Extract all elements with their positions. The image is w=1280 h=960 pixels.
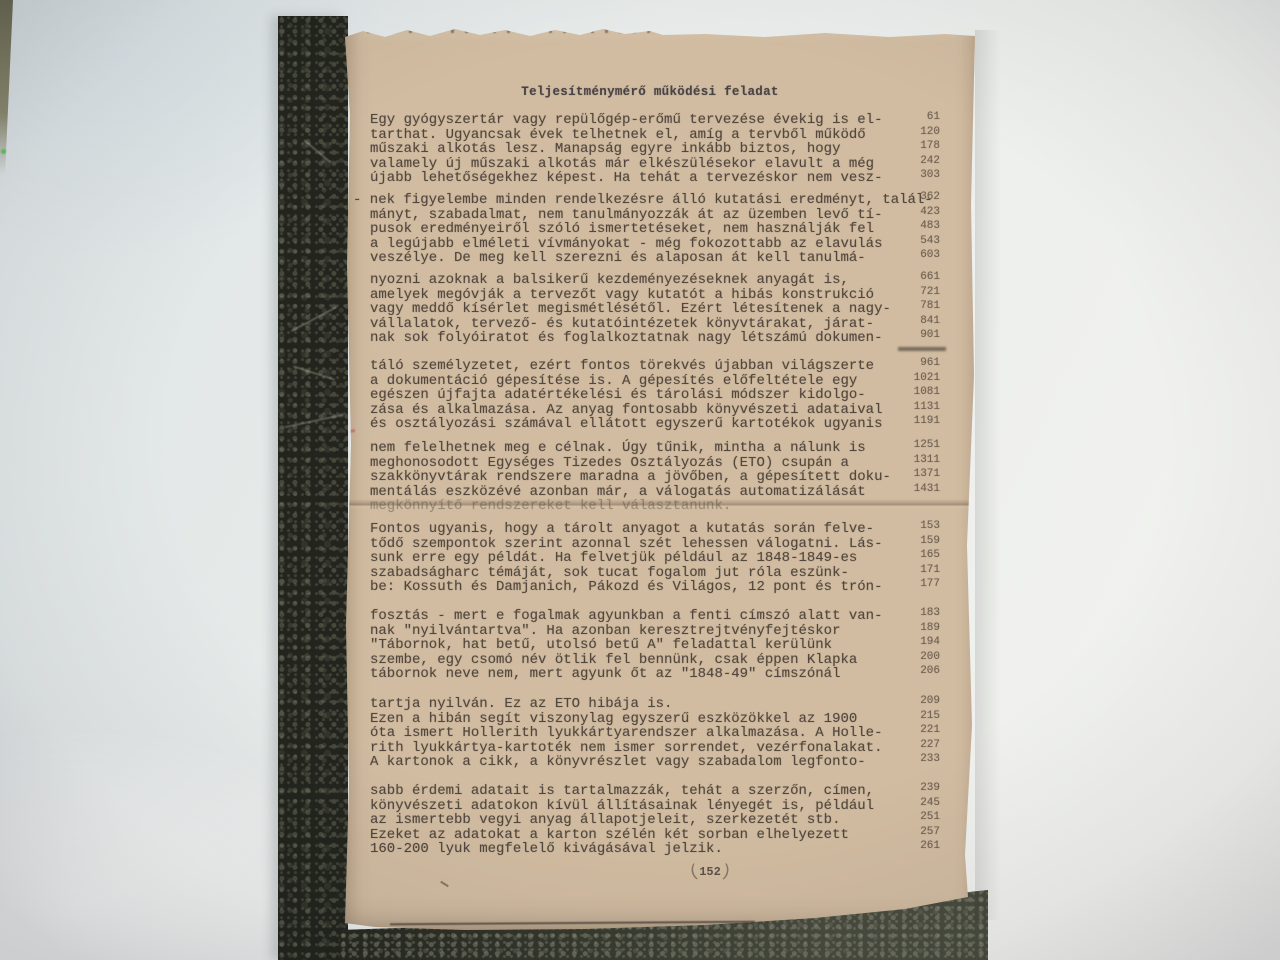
text-line: be: Kossuth és Damjanich, Pákozd és Vilá… (370, 577, 970, 592)
line-text: veszélye. De meg kell szerezni és alapos… (370, 250, 866, 266)
text-line: mentálás eszközévé azonban már, a váloga… (370, 482, 970, 497)
margin-number: 721 (880, 286, 940, 298)
line-text: és osztályozási számával ellátott egysze… (370, 416, 882, 432)
text-line: fosztás - mert e fogalmak agyunkban a fe… (370, 606, 970, 621)
document-page: Teljesítménymérő működési feladat Egy gy… (345, 25, 975, 930)
margin-number: 1191 (880, 415, 940, 427)
line-text: megkönnyítő rendszereket kell választanu… (370, 498, 731, 514)
margin-number: 543 (880, 235, 940, 247)
text-line: tarthat. Ugyancsak évek telhetnek el, am… (370, 125, 970, 140)
text-line: vagy meddő kísérlet megismétlésétől. Ezé… (370, 299, 970, 314)
text-line: rith lyukkártya-kartoték nem ismer sorre… (370, 738, 970, 753)
text-line: zása és alkalmazása. Az anyag fontosabb … (370, 400, 970, 415)
text-line: Egy gyógyszertár vagy repülőgép-erőmű te… (370, 110, 970, 125)
text-line: tartja nyilván. Ez az ETO hibája is.209 (370, 694, 970, 709)
text-line: vállalatok, tervező- és kutatóintézetek … (370, 314, 970, 329)
text-line: a legújabb elméleti vívmányokat - még fo… (370, 234, 970, 249)
text-line: újabb lehetőségekhez képest. Ha tehát a … (370, 168, 970, 183)
margin-number: 177 (880, 578, 940, 590)
book-spine (278, 16, 348, 960)
line-text: nak sok folyóiratot és foglalkoztatnak n… (370, 330, 882, 346)
photo-of-document: Teljesítménymérő működési feladat Egy gy… (0, 0, 1280, 960)
text-line: veszélye. De meg kell szerezni és alapos… (370, 248, 970, 263)
text-line: - nek figyelembe minden rendelkezésre ál… (353, 190, 970, 205)
text-line: sunk erre egy példát. Ha felvetjük példá… (370, 548, 970, 563)
text-line: tábornok neve nem, mert agyunk őt az "18… (370, 664, 970, 679)
text-line: az ismertebb vegyi anyag állapotjeleit, … (370, 810, 970, 825)
table-highlight-bottom-left (0, 700, 300, 960)
margin-number: 242 (880, 155, 940, 167)
text-line: amelyek megóvják a tervezőt vagy kutatót… (370, 285, 970, 300)
page-number-value: 152 (699, 865, 721, 879)
text-line: táló személyzetet, ezért fontos törekvés… (370, 356, 970, 371)
text-line: megkönnyítő rendszereket kell választanu… (370, 496, 970, 511)
text-line: szabadságharc témáját, sok tucat fogalom… (370, 563, 970, 578)
typewritten-paragraph: táló személyzetet, ezért fontos törekvés… (370, 356, 970, 429)
margin-number: 153 (880, 520, 940, 532)
typewritten-paragraph: Egy gyógyszertár vagy repülőgép-erőmű te… (370, 110, 970, 183)
margin-number: 120 (880, 126, 940, 138)
text-line: 160-200 lyuk megfelelő kivágásával jelzi… (370, 839, 970, 854)
line-text: újabb lehetőségekhez képest. Ha tehát a … (370, 170, 882, 186)
margin-number: 233 (880, 753, 940, 765)
text-line: nak sok folyóiratot és foglalkoztatnak n… (370, 328, 970, 343)
margin-number: 189 (880, 622, 940, 634)
margin-number: 423 (880, 206, 940, 218)
text-line: meghonosodott Egységes Tizedes Osztályoz… (370, 453, 970, 468)
typewritten-paragraph: nem felelhetnek meg e célnak. Úgy tűnik,… (370, 438, 970, 511)
margin-number: 1131 (880, 401, 940, 413)
typewritten-text-layer: Teljesítménymérő működési feladat Egy gy… (370, 25, 970, 930)
margin-number: 901 (880, 329, 940, 341)
typewritten-paragraph: Fontos ugyanis, hogy a tárolt anyagot a … (370, 519, 970, 592)
text-line: óta ismert Hollerith lyukkártyarendszer … (370, 723, 970, 738)
margin-number: 603 (880, 249, 940, 261)
margin-number: 961 (880, 357, 940, 369)
text-line: Fontos ugyanis, hogy a tárolt anyagot a … (370, 519, 970, 534)
typewritten-paragraph: sabb érdemi adatait is tartalmazzák, teh… (370, 781, 970, 854)
typewritten-paragraph: - nek figyelembe minden rendelkezésre ál… (370, 190, 970, 263)
margin-number: 261 (880, 840, 940, 852)
text-line: szembe, egy csomó név ötlik fel bennünk,… (370, 650, 970, 665)
margin-number: 362 (880, 191, 940, 203)
text-line: mányt, szabadalmat, nem tanulmányozzák á… (370, 205, 970, 220)
typewritten-paragraph: fosztás - mert e fogalmak agyunkban a fe… (370, 606, 970, 679)
text-line: pusok eredményeiről szóló ismertetéseket… (370, 219, 970, 234)
text-line: A kartonok a cikk, a könyvrészlet vagy s… (370, 752, 970, 767)
text-line: egészen újfajta adatértékelési és tárolá… (370, 385, 970, 400)
margin-number: 1251 (880, 439, 940, 451)
text-line: nem felelhetnek meg e célnak. Úgy tűnik,… (370, 438, 970, 453)
typewritten-paragraph: nyozni azoknak a balsikerű kezdeményezés… (370, 270, 970, 343)
text-line: nak "nyilvántartva". Ha azonban keresztr… (370, 621, 970, 636)
margin-number: 1021 (880, 372, 940, 384)
page-title: Teljesítménymérő működési feladat (370, 85, 970, 99)
typewritten-paragraph: tartja nyilván. Ez az ETO hibája is.209E… (370, 694, 970, 767)
page-number-paren-close: ) (719, 862, 732, 882)
margin-number: 159 (880, 535, 940, 547)
page-edge-shadow (975, 30, 1017, 920)
photo-scene: Teljesítménymérő működési feladat Egy gy… (0, 0, 1280, 960)
page-number: (152) (670, 862, 750, 881)
margin-number: 661 (880, 271, 940, 283)
margin-number: 171 (880, 564, 940, 576)
margin-number: 245 (880, 797, 940, 809)
text-line: sabb érdemi adatait is tartalmazzák, teh… (370, 781, 970, 796)
text-line: tődő szempontok szerint azonnal szét leh… (370, 534, 970, 549)
text-line: szakkönyvtárak rendszere maradna a jövőb… (370, 467, 970, 482)
text-line: Ezeket az adatokat a karton szélén két s… (370, 825, 970, 840)
green-speck (1, 149, 6, 154)
margin-number: 209 (880, 695, 940, 707)
margin-number: 781 (880, 300, 940, 312)
margin-number: 1081 (880, 386, 940, 398)
text-line: a dokumentáció gépesítése is. A gépesíté… (370, 371, 970, 386)
margin-number: 257 (880, 826, 940, 838)
margin-number: 183 (880, 607, 940, 619)
text-line: "Tábornok, hat betű, utolsó betű A" fela… (370, 635, 970, 650)
margin-number: 841 (880, 315, 940, 327)
text-line: valamely új műszaki alkotás már elkészül… (370, 154, 970, 169)
margin-number: 165 (880, 549, 940, 561)
line-text: be: Kossuth és Damjanich, Pákozd és Vilá… (370, 579, 882, 595)
line-text: A kartonok a cikk, a könyvrészlet vagy s… (370, 754, 866, 770)
text-line: műszaki alkotás lesz. Manapság egyre ink… (370, 139, 970, 154)
margin-number: 1371 (880, 468, 940, 480)
margin-number: 251 (880, 811, 940, 823)
margin-number: 215 (880, 710, 940, 722)
line-text: 160-200 lyuk megfelelő kivágásával jelzi… (370, 841, 723, 857)
margin-number: 239 (880, 782, 940, 794)
line-text: tábornok neve nem, mert agyunk őt az "18… (370, 666, 840, 682)
margin-number: 194 (880, 636, 940, 648)
margin-number: 1431 (880, 483, 940, 495)
margin-number: 200 (880, 651, 940, 663)
margin-number: 1311 (880, 454, 940, 466)
margin-number: 303 (880, 169, 940, 181)
text-line: Ezen a hibán segít viszonylag egyszerű e… (370, 709, 970, 724)
margin-number: 221 (880, 724, 940, 736)
text-line: könyvészeti adatokon kívül állításainak … (370, 796, 970, 811)
text-line: nyozni azoknak a balsikerű kezdeményezés… (370, 270, 970, 285)
margin-number: 178 (880, 140, 940, 152)
margin-number: 227 (880, 739, 940, 751)
margin-number: 61 (880, 111, 940, 123)
text-line: és osztályozási számával ellátott egysze… (370, 414, 970, 429)
margin-number: 483 (880, 220, 940, 232)
margin-number: 206 (880, 665, 940, 677)
